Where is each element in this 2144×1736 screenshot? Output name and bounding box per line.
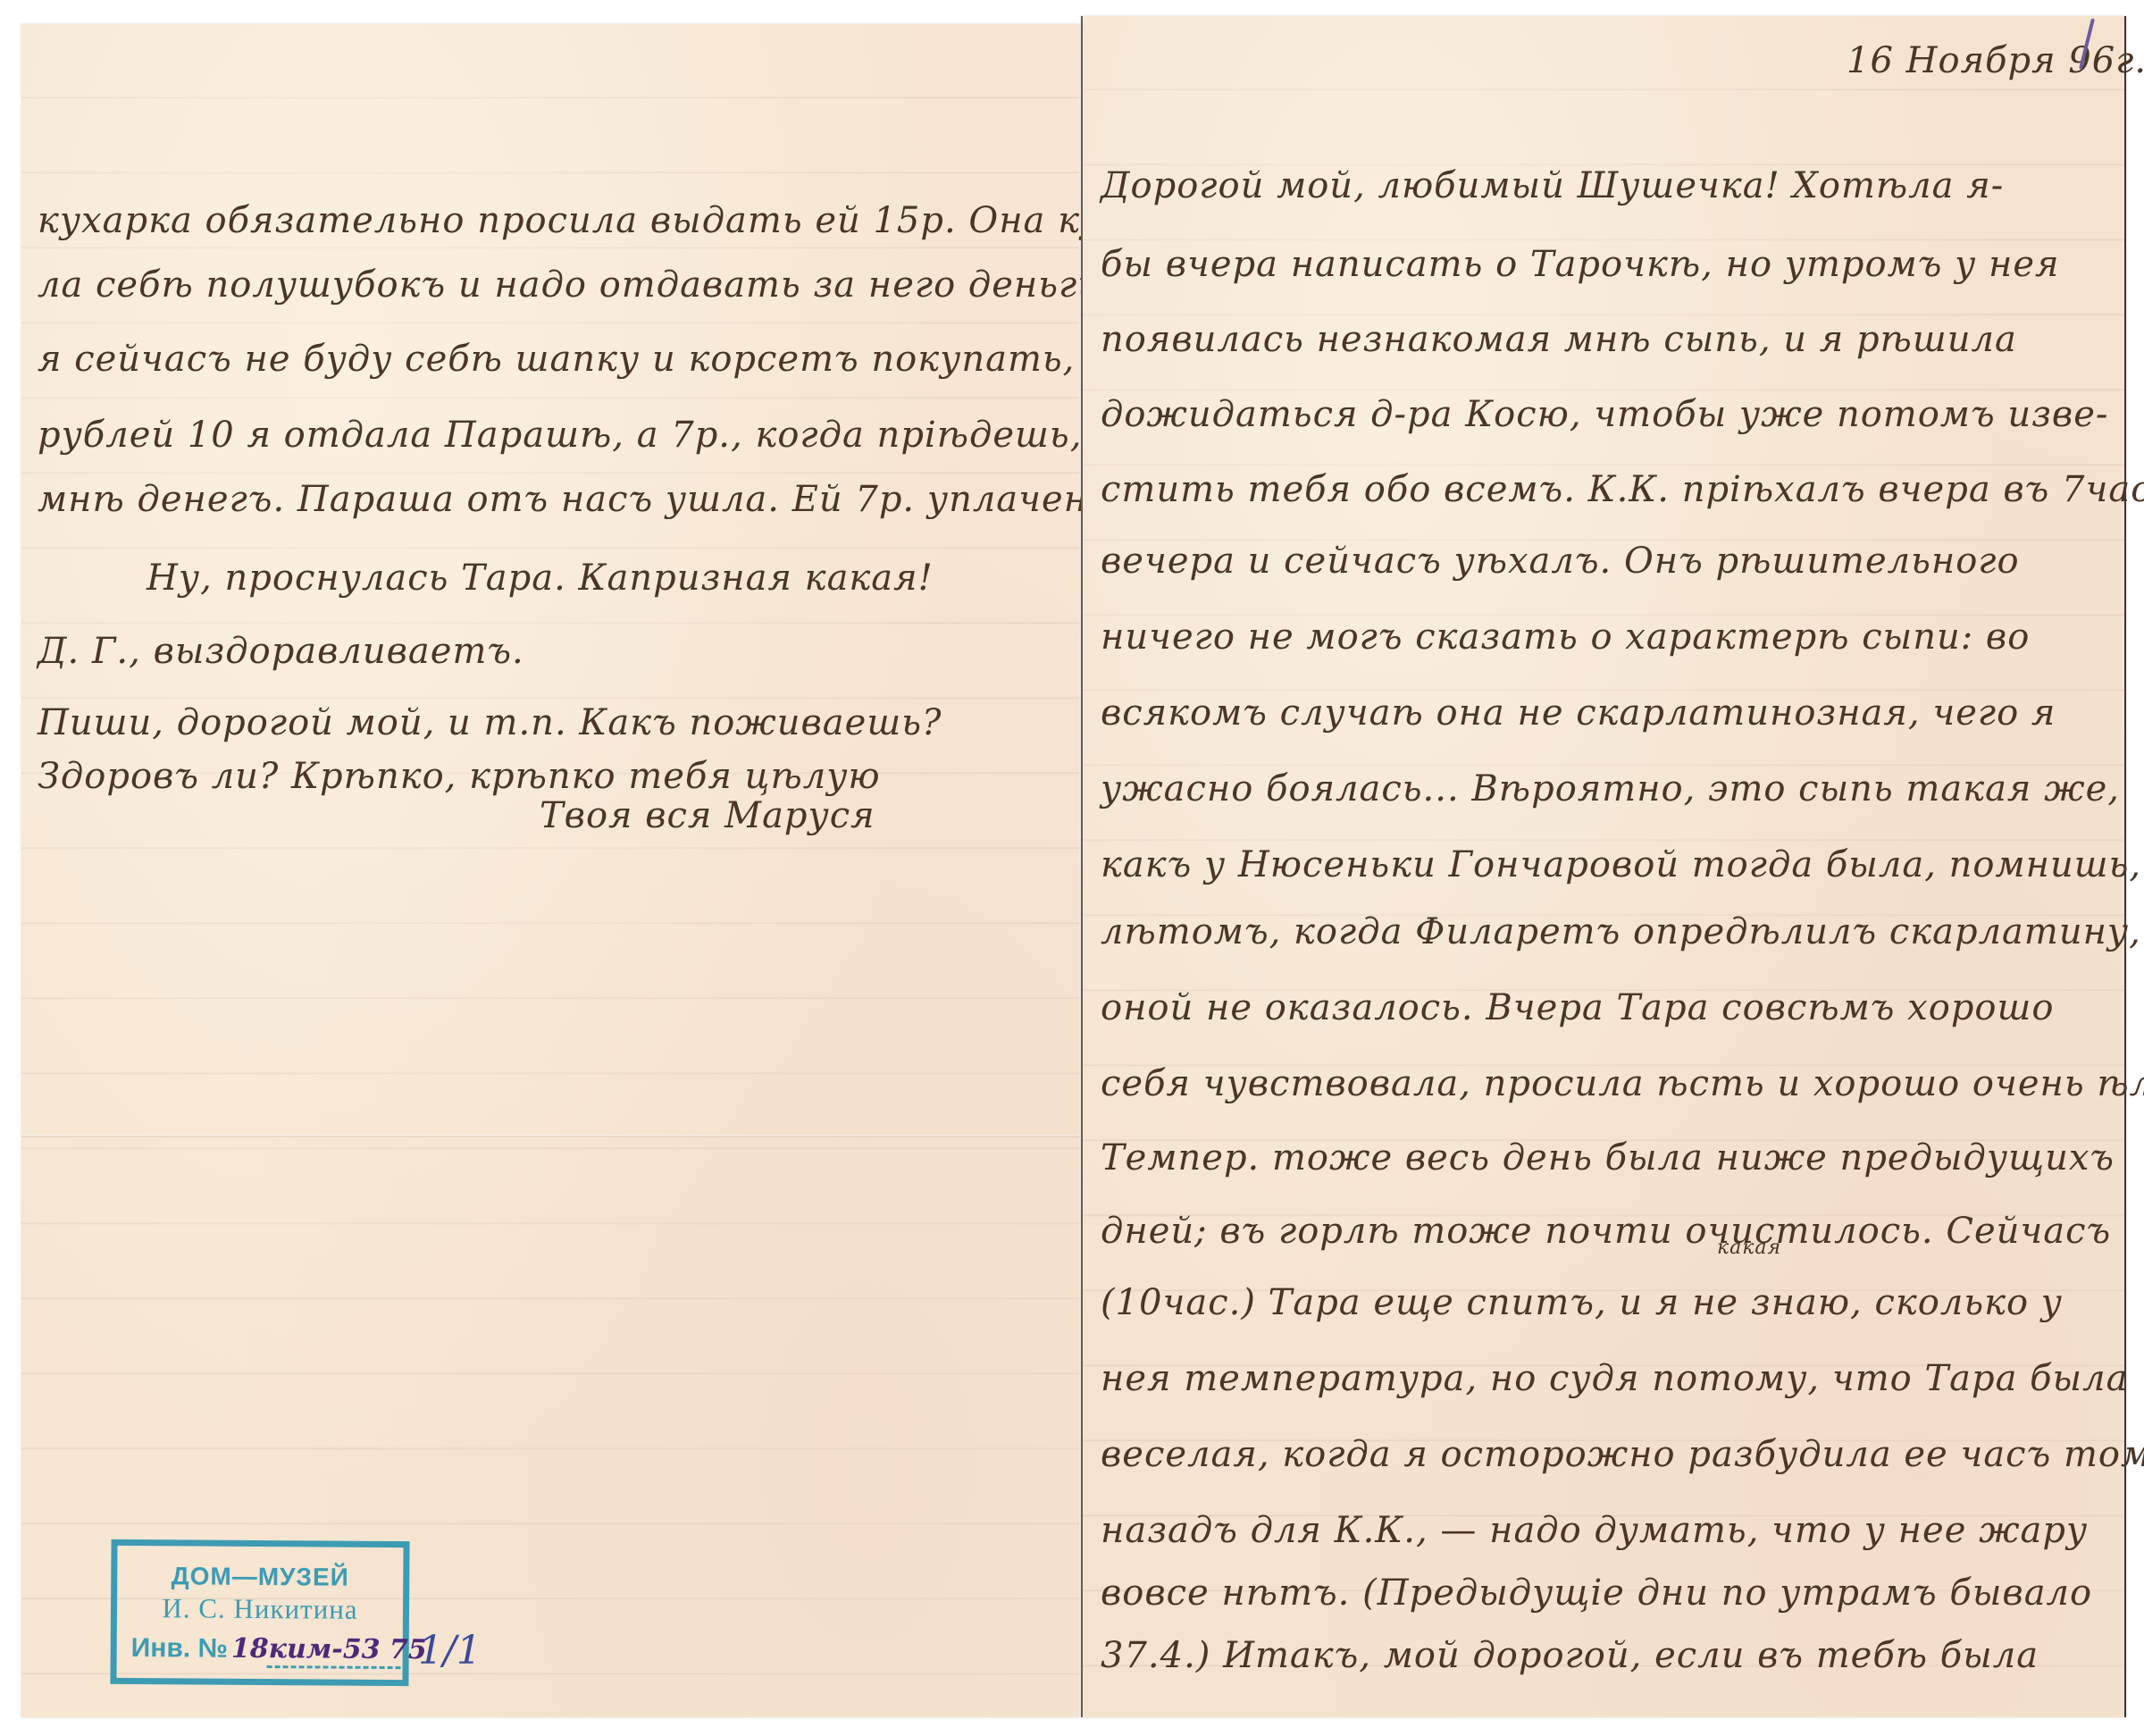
letter-line: Темпер. тоже весь день была ниже предыду… bbox=[1101, 1140, 2115, 1176]
stamp-inventory: Инв. №18ким-53 75 bbox=[131, 1632, 427, 1665]
letter-line: Д. Г., выздоравливаетъ. bbox=[38, 633, 524, 669]
letter-line: оной не оказалось. Вчера Тара совсѣмъ хо… bbox=[1101, 990, 2054, 1026]
sheet-fraction: 1/1 bbox=[418, 1628, 482, 1673]
letter-line: лѣтомъ, когда Филаретъ опредѣлилъ скарла… bbox=[1101, 914, 2144, 950]
salutation-line: Дорогой мой, любимый Шушечка! Хотѣла я- bbox=[1101, 168, 2004, 204]
letter-line: кухарка обязательно просила выдать ей 15… bbox=[38, 203, 1162, 239]
right-page: 16 Ноября 96г. Дорогой мой, любимый Шуше… bbox=[1081, 16, 2126, 1717]
letter-line: вовсе нѣтъ. (Предыдущіе дни по утрамъ бы… bbox=[1101, 1575, 2092, 1611]
museum-stamp: ДОМ—МУЗЕЙ И. С. Никитина Инв. №18ким-53 … bbox=[110, 1539, 409, 1686]
letter-line: 37.4.) Итакъ, мой дорогой, если въ тебѣ … bbox=[1101, 1638, 2039, 1673]
inventory-number: 18ким-53 75 bbox=[231, 1633, 427, 1666]
letter-line: бы вчера написать о Тарочкѣ, но утромъ у… bbox=[1101, 247, 2060, 282]
stamp-dotted-line bbox=[267, 1665, 401, 1669]
letter-line: веселая, когда я осторожно разбудила ее … bbox=[1101, 1437, 2144, 1472]
letter-line: дней; въ горлѣ тоже почти очистилось. Се… bbox=[1101, 1213, 2111, 1249]
letter-line: (10час.) Тара еще спитъ, и я не знаю, ск… bbox=[1101, 1285, 2063, 1321]
fold-crease bbox=[21, 1135, 1079, 1137]
letter-line: ничего не могъ сказать о характерѣ сыпи:… bbox=[1101, 619, 2030, 655]
letter-line: стить тебя обо всемъ. К.К. пріѣхалъ вчер… bbox=[1101, 472, 2144, 507]
letter-line: мнѣ денегъ. Параша отъ насъ ушла. Ей 7р.… bbox=[38, 482, 1123, 517]
stamp-inventory-label: Инв. № bbox=[131, 1633, 228, 1664]
letter-line: какъ у Нюсеньки Гончаровой тогда была, п… bbox=[1101, 847, 2141, 883]
letter-line: Здоровъ ли? Крѣпко, крѣпко тебя цѣлую bbox=[38, 759, 881, 794]
letter-line: ужасно боялась... Вѣроятно, это сыпь так… bbox=[1101, 771, 2120, 807]
stamp-museum-name: И. С. Никитина bbox=[117, 1592, 403, 1626]
letter-line: Ну, проснулась Тара. Капризная какая! bbox=[147, 560, 934, 596]
letter-line: Пиши, дорогой мой, и т.п. Какъ поживаешь… bbox=[38, 705, 942, 741]
letter-line: я сейчасъ не буду себѣ шапку и корсетъ п… bbox=[38, 341, 1144, 377]
inserted-word: какая bbox=[1717, 1238, 1781, 1258]
letter-line: назадъ для К.К., — надо думать, что у не… bbox=[1101, 1513, 2088, 1548]
signature: Твоя вся Маруся bbox=[540, 798, 875, 834]
left-page: кухарка обязательно просила выдать ей 15… bbox=[21, 24, 1079, 1717]
letter-line: вечера и сейчасъ уѣхалъ. Онъ рѣшительног… bbox=[1101, 543, 2020, 579]
letter-line: появилась незнакомая мнѣ сыпь, и я рѣшил… bbox=[1101, 322, 2017, 357]
stamp-title: ДОМ—МУЗЕЙ bbox=[117, 1562, 403, 1592]
letter-line: всякомъ случаѣ она не скарлатинозная, че… bbox=[1101, 695, 2056, 731]
letter-line: дожидаться д-ра Косю, чтобы уже потомъ и… bbox=[1101, 397, 2108, 432]
letter-line: себя чувствовала, просила ѣсть и хорошо … bbox=[1101, 1066, 2144, 1102]
letter-date: 16 Ноября 96г. bbox=[1847, 43, 2144, 79]
letter-line: нея температура, но судя потому, что Тар… bbox=[1101, 1361, 2128, 1396]
